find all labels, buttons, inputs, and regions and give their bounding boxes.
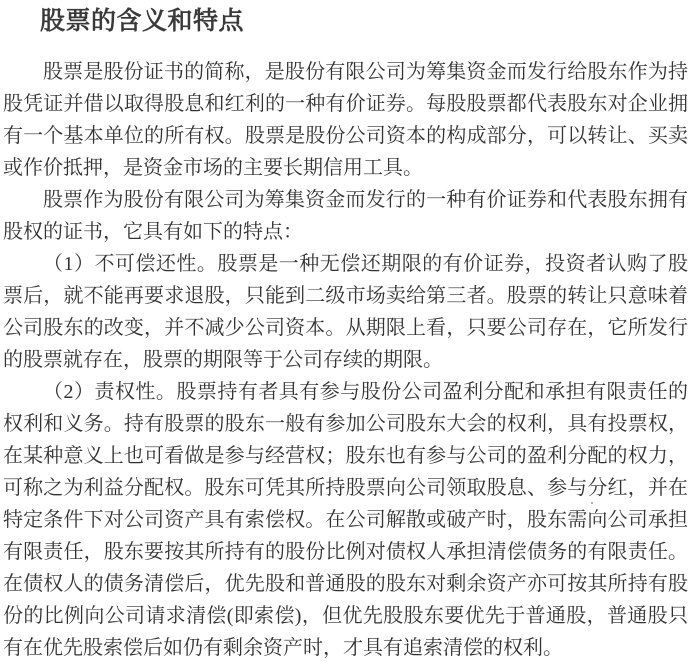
document-page: 股票的含义和特点 股票是股份证书的简称，是股份有限公司为筹集资金而发行给股东作为…: [0, 0, 691, 662]
page-title: 股票的含义和特点: [40, 5, 244, 38]
paragraph-feature-1-non-refundability: （1）不可偿还性。股票是一种无偿还期限的有价证券，投资者认购了股票后，就不能再要…: [3, 248, 688, 376]
article-body: 股票是股份证书的简称，是股份有限公司为筹集资金而发行给股东作为持股凭证并借以取得…: [3, 56, 688, 662]
paragraph-feature-2-rights-and-liability: （2）责权性。股票持有者具有参与股份公司盈利分配和承担有限责任的权利和义务。持有…: [3, 376, 688, 662]
scan-artifact-dot: [591, 502, 593, 504]
paragraph-definition: 股票是股份证书的简称，是股份有限公司为筹集资金而发行给股东作为持股凭证并借以取得…: [3, 56, 688, 184]
paragraph-intro-features: 股票作为股份有限公司为筹集资金而发行的一种有价证券和代表股东拥有股权的证书，它具…: [3, 184, 688, 248]
